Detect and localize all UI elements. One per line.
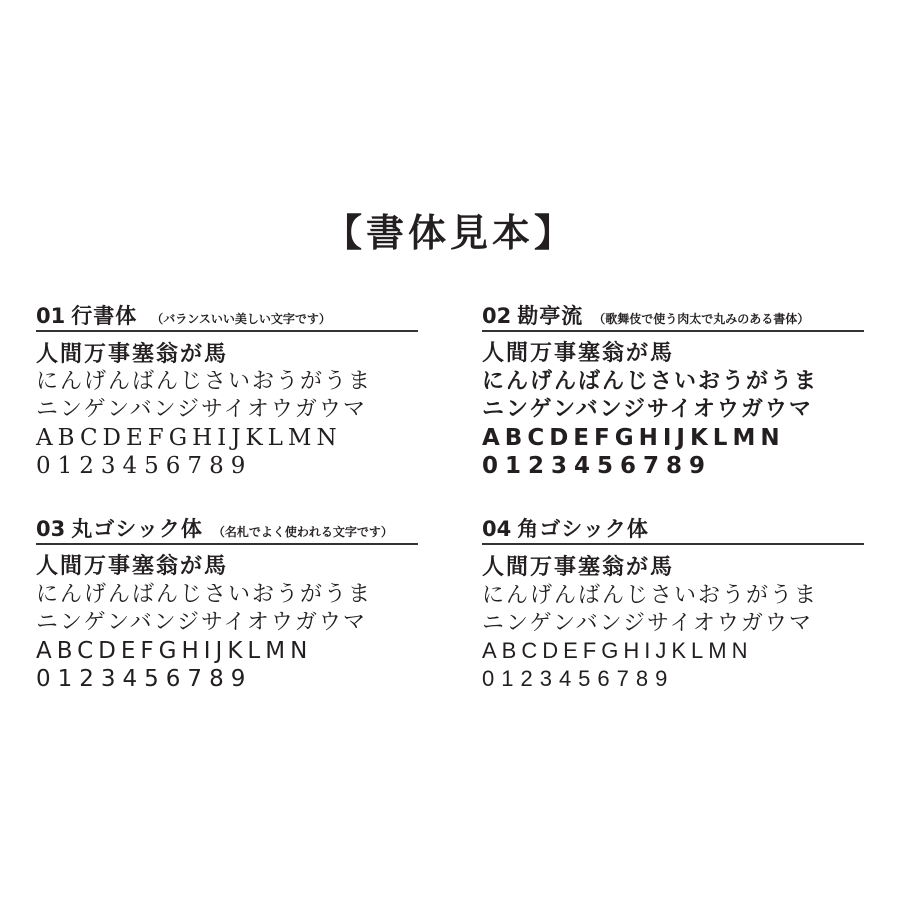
section-header: 04 角ゴシック体 <box>482 513 864 545</box>
sample-line-digits: 0123456789 <box>482 665 864 693</box>
section-name: 丸ゴシック体 <box>71 513 203 543</box>
section-number: 02 <box>482 304 511 328</box>
sample-line-kanji: 人間万事塞翁が馬 <box>482 340 864 368</box>
sample-text: 人間万事塞翁が馬 にんげんばんじさいおうがうま ニンゲンバンジサイオウガウマ A… <box>482 340 864 480</box>
section-header: 03 丸ゴシック体 （名札でよく使われる文字です） <box>36 513 418 545</box>
sample-line-alphabet: ABCDEFGHIJKLMN <box>482 637 864 665</box>
sample-text: 人間万事塞翁が馬 にんげんばんじさいおうがうま ニンゲンバンジサイオウガウマ A… <box>482 553 864 693</box>
section-name: 行書体 <box>71 300 137 330</box>
sample-line-katakana: ニンゲンバンジサイオウガウマ <box>482 396 864 424</box>
section-name: 角ゴシック体 <box>517 513 649 543</box>
sample-text: 人間万事塞翁が馬 にんげんばんじさいおうがうま ニンゲンバンジサイオウガウマ A… <box>36 553 418 693</box>
page-title: 【書体見本】 <box>0 208 900 258</box>
sample-line-hiragana: にんげんばんじさいおうがうま <box>482 581 864 609</box>
section-name: 勘亭流 <box>517 300 583 330</box>
font-sample-kaku-gothic: 04 角ゴシック体 人間万事塞翁が馬 にんげんばんじさいおうがうま ニンゲンバン… <box>482 513 864 693</box>
section-header: 01 行書体 （バランスいい美しい文字です） <box>36 300 418 332</box>
sample-line-katakana: ニンゲンバンジサイオウガウマ <box>482 609 864 637</box>
sample-line-kanji: 人間万事塞翁が馬 <box>36 340 418 368</box>
sample-line-digits: 0123456789 <box>36 665 418 693</box>
sample-line-hiragana: にんげんばんじさいおうがうま <box>36 368 418 396</box>
sample-line-alphabet: ABCDEFGHIJKLMN <box>482 424 864 452</box>
font-sample-kanteiryu: 02 勘亭流 （歌舞伎で使う肉太で丸みのある書体） 人間万事塞翁が馬 にんげんば… <box>482 300 864 480</box>
section-header: 02 勘亭流 （歌舞伎で使う肉太で丸みのある書体） <box>482 300 864 332</box>
font-sample-gyosho: 01 行書体 （バランスいい美しい文字です） 人間万事塞翁が馬 にんげんばんじさ… <box>36 300 418 480</box>
sample-line-alphabet: ABCDEFGHIJKLMN <box>36 424 418 452</box>
section-number: 01 <box>36 304 65 328</box>
sample-line-hiragana: にんげんばんじさいおうがうま <box>482 368 864 396</box>
sample-line-kanji: 人間万事塞翁が馬 <box>36 553 418 581</box>
sample-line-katakana: ニンゲンバンジサイオウガウマ <box>36 396 418 424</box>
section-note: （バランスいい美しい文字です） <box>151 310 331 327</box>
font-sample-maru-gothic: 03 丸ゴシック体 （名札でよく使われる文字です） 人間万事塞翁が馬 にんげんば… <box>36 513 418 693</box>
section-note: （名札でよく使われる文字です） <box>213 523 393 540</box>
section-number: 04 <box>482 517 511 541</box>
sample-line-digits: 0123456789 <box>36 452 418 480</box>
sample-line-digits: 0123456789 <box>482 452 864 480</box>
sample-line-alphabet: ABCDEFGHIJKLMN <box>36 637 418 665</box>
sample-line-katakana: ニンゲンバンジサイオウガウマ <box>36 609 418 637</box>
section-number: 03 <box>36 517 65 541</box>
section-note: （歌舞伎で使う肉太で丸みのある書体） <box>593 310 809 327</box>
sample-text: 人間万事塞翁が馬 にんげんばんじさいおうがうま ニンゲンバンジサイオウガウマ A… <box>36 340 418 480</box>
sample-line-kanji: 人間万事塞翁が馬 <box>482 553 864 581</box>
sample-line-hiragana: にんげんばんじさいおうがうま <box>36 581 418 609</box>
